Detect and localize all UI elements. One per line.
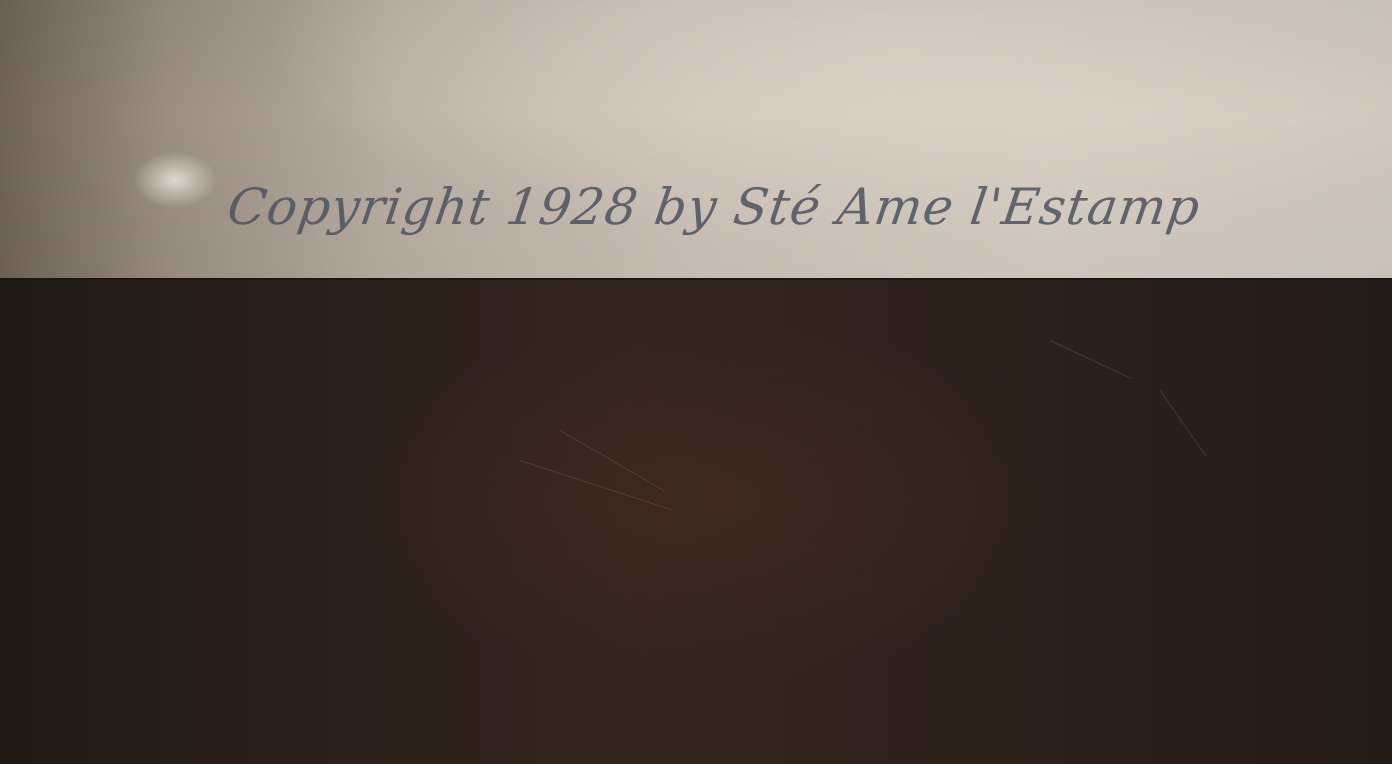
print-paper-margin: Copyright 1928 by Sté Ame l'Estamp [0,0,1392,282]
copyright-inscription: Copyright 1928 by Sté Ame l'Estamp [224,178,1204,236]
frame-scratch [1050,340,1132,379]
dark-wood-frame [0,278,1392,764]
frame-scratch [1160,390,1207,456]
frame-scratch [520,460,672,510]
frame-scratch [560,430,664,491]
photo-scene: Copyright 1928 by Sté Ame l'Estamp [0,0,1392,764]
